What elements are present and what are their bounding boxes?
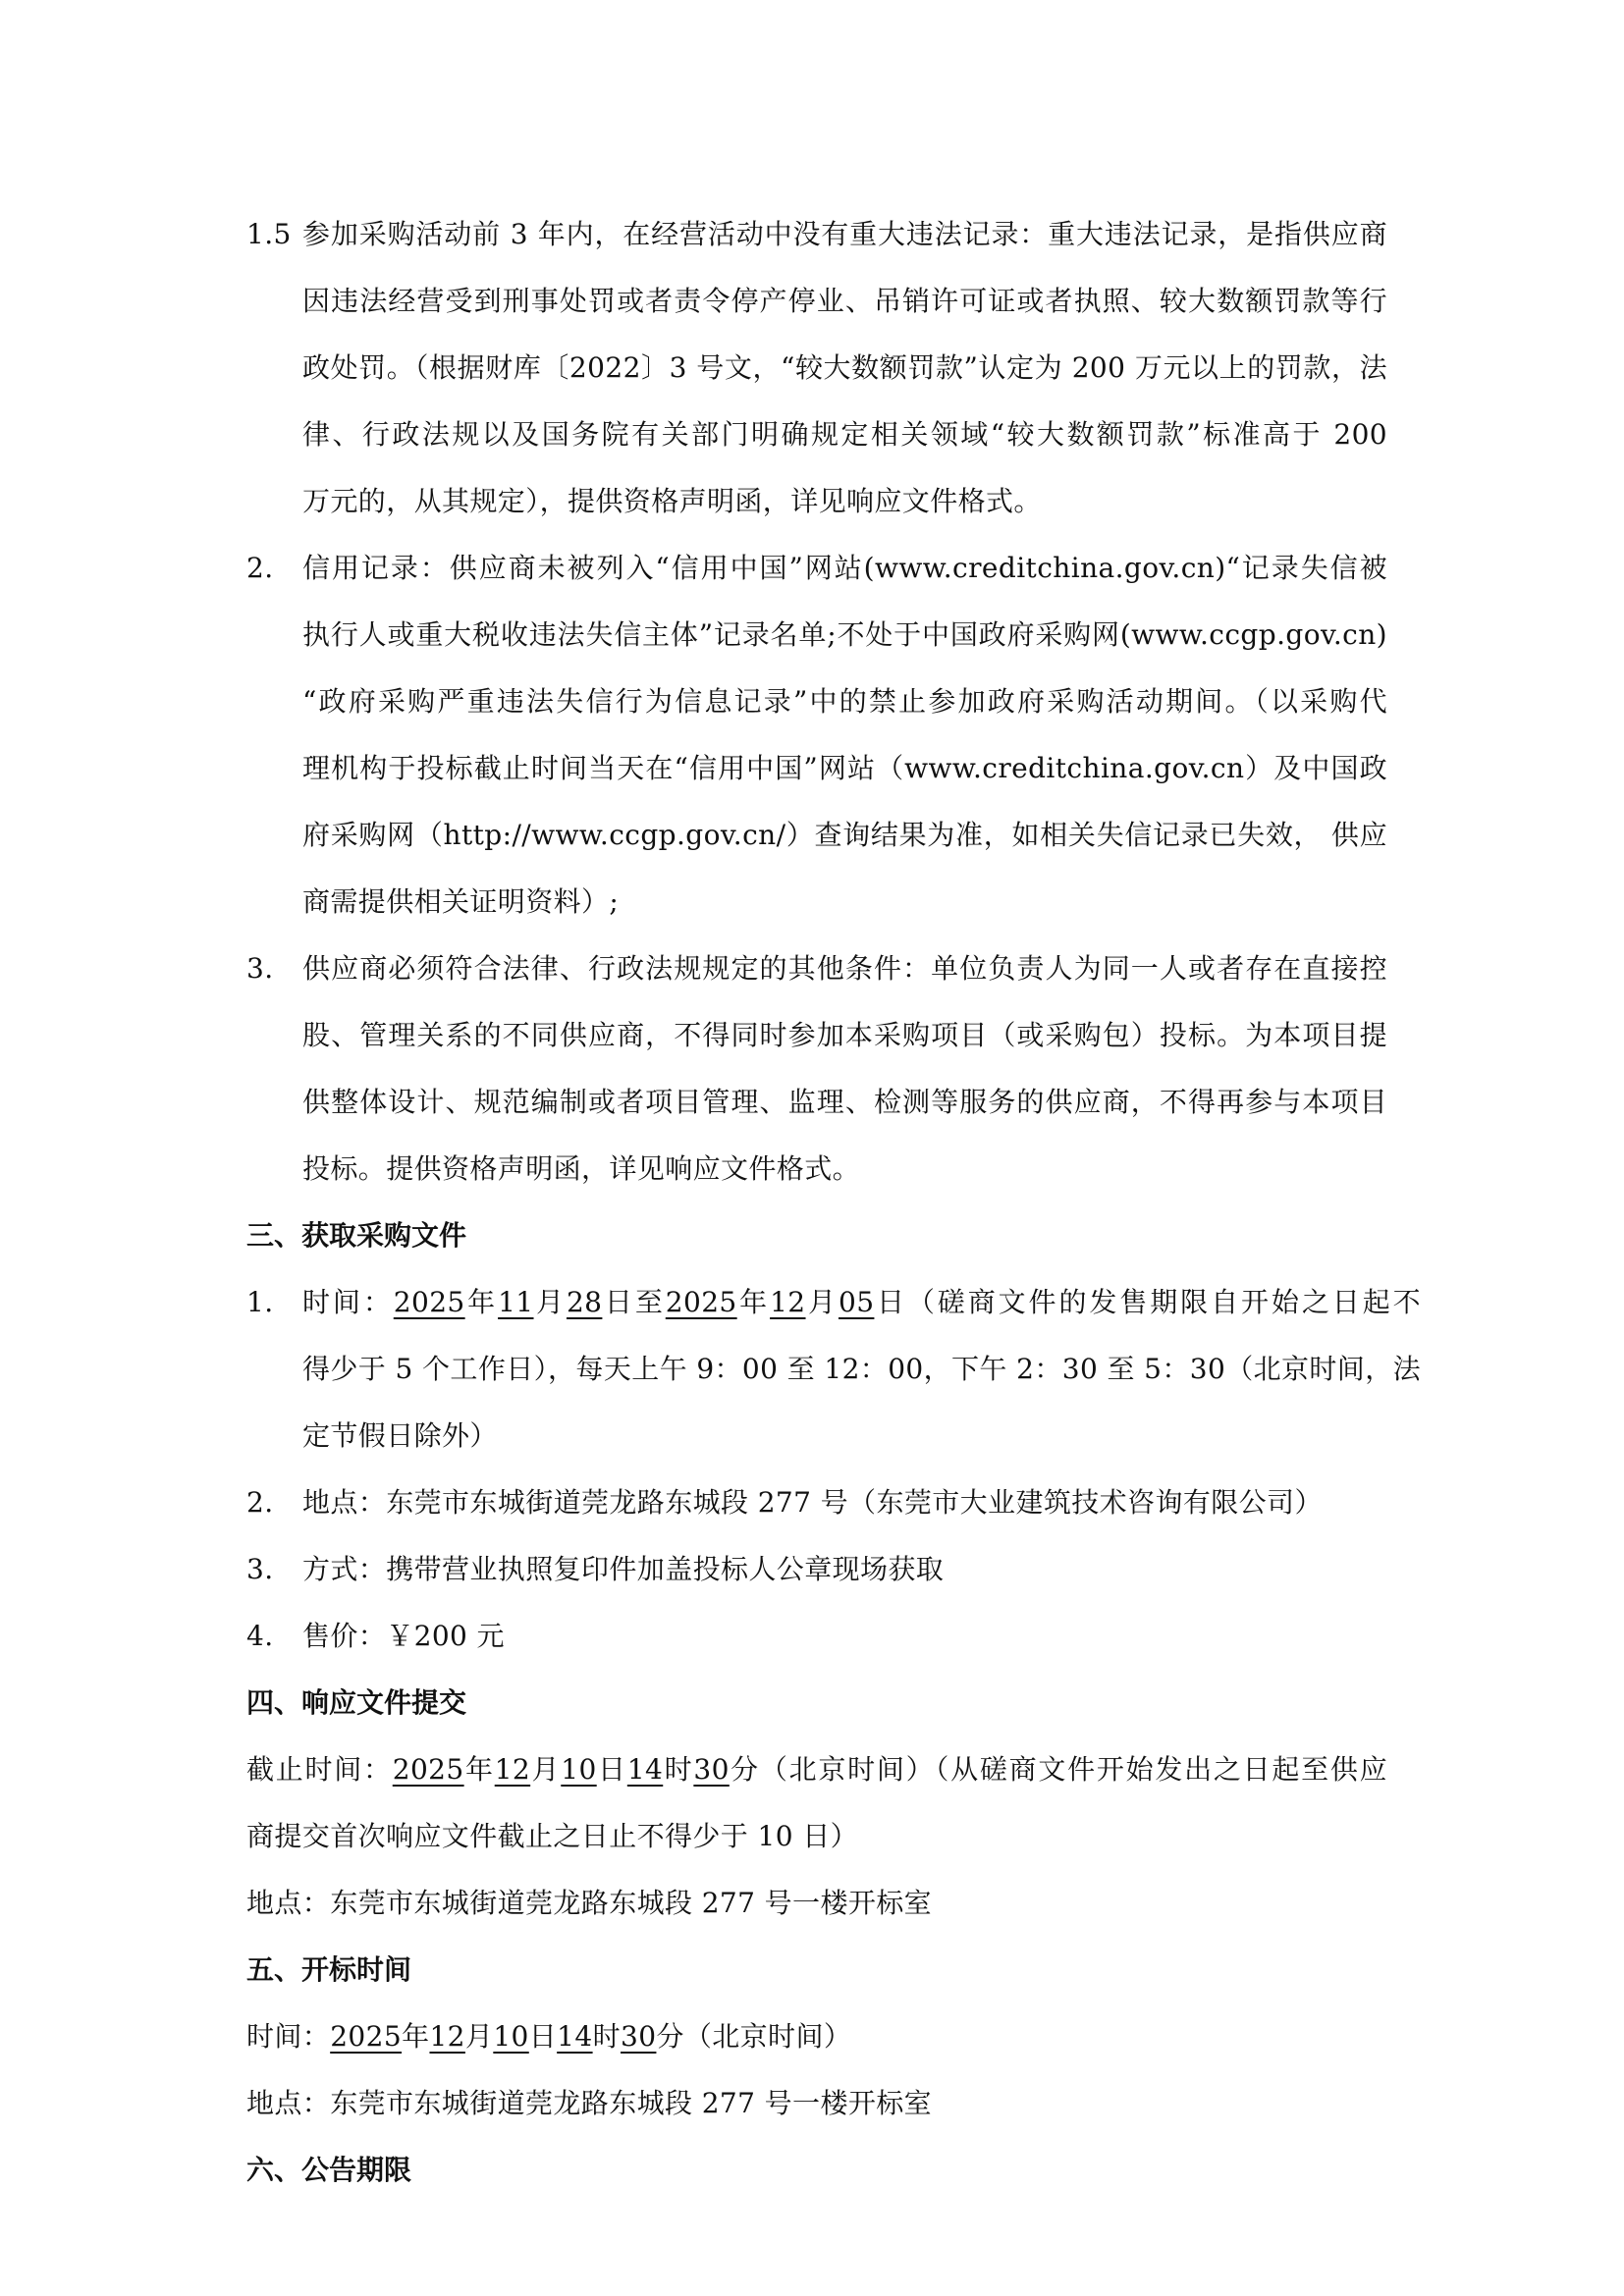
- text-line: 股、管理关系的不同供应商，不得同时参加本采购项目（或采购包）投标。为本项目提: [302, 1002, 1387, 1069]
- suffix: 月: [530, 1753, 561, 1786]
- suffix: 分: [656, 2020, 683, 2053]
- text-line: 地点：东莞市东城街道莞龙路东城段 277 号（东莞市大业建筑技术咨询有限公司）: [302, 1469, 1387, 1536]
- text-line: 时间：2025年12月10日14时30分（北京时间）: [246, 2003, 1387, 2070]
- deadline-day: 10: [561, 1753, 596, 1786]
- text-line: 执行人或重大税收违法失信主体”记录名单;不处于中国政府采购网(www.ccgp.…: [302, 602, 1387, 668]
- obtain-item-time: 1. 时间：2025年11月28日至2025年12月05日（磋商文件的发售期限自…: [246, 1269, 1387, 1469]
- text-tail: （磋商文件的发售期限自开始之日起不: [907, 1286, 1421, 1318]
- clause-number: 3.: [246, 935, 302, 1002]
- opening-minute: 30: [621, 2020, 656, 2053]
- text-line: 定节假日除外）: [302, 1403, 1421, 1469]
- document-page: 1.5 参加采购活动前 3 年内，在经营活动中没有重大违法记录：重大违法记录，是…: [0, 0, 1624, 2296]
- section-heading-obtain-documents: 三、获取采购文件: [246, 1202, 1387, 1269]
- clause-body: 参加采购活动前 3 年内，在经营活动中没有重大违法记录：重大违法记录，是指供应商…: [302, 201, 1387, 535]
- item-number: 3.: [246, 1536, 302, 1603]
- suffix: 时: [593, 2020, 621, 2053]
- obtain-item-location: 2. 地点：东莞市东城街道莞龙路东城段 277 号（东莞市大业建筑技术咨询有限公…: [246, 1469, 1387, 1536]
- item-number: 4.: [246, 1603, 302, 1670]
- text-line: 地点：东莞市东城街道莞龙路东城段 277 号一楼开标室: [246, 1870, 1387, 1937]
- item-body: 地点：东莞市东城街道莞龙路东城段 277 号（东莞市大业建筑技术咨询有限公司）: [302, 1469, 1387, 1536]
- clause-3-other-conditions: 3. 供应商必须符合法律、行政法规规定的其他条件：单位负责人为同一人或者存在直接…: [246, 935, 1387, 1202]
- text-line: “政府采购严重违法失信行为信息记录”中的禁止参加政府采购活动期间。（以采购代: [302, 668, 1387, 735]
- item-number: 1.: [246, 1269, 302, 1336]
- opening-day: 10: [493, 2020, 528, 2053]
- deadline-month: 12: [495, 1753, 530, 1786]
- deadline-hour: 14: [627, 1753, 663, 1786]
- suffix: 年: [465, 1286, 498, 1318]
- clause-1-5: 1.5 参加采购活动前 3 年内，在经营活动中没有重大违法记录：重大违法记录，是…: [246, 201, 1387, 535]
- end-year: 2025: [666, 1286, 737, 1318]
- suffix: 日: [597, 1753, 627, 1786]
- suffix: 分: [730, 1753, 760, 1786]
- suffix: 时: [663, 1753, 693, 1786]
- start-year: 2025: [394, 1286, 465, 1318]
- submission-block: 截止时间：2025年12月10日14时30分（北京时间）（从磋商文件开始发出之日…: [246, 1736, 1387, 1937]
- text-line: 商提交首次响应文件截止之日止不得少于 10 日）: [246, 1803, 1387, 1870]
- end-month: 12: [770, 1286, 805, 1318]
- suffix: 年: [464, 1753, 495, 1786]
- text-line: 因违法经营受到刑事处罚或者责令停产停业、吊销许可证或者执照、较大数额罚款等行: [302, 268, 1387, 335]
- text-line: 时间：2025年11月28日至2025年12月05日（磋商文件的发售期限自开始之…: [302, 1269, 1421, 1336]
- section-heading-submission: 四、响应文件提交: [246, 1670, 1387, 1736]
- text-line: 理机构于投标截止时间当天在“信用中国”网站（www.creditchina.go…: [302, 735, 1387, 802]
- opening-hour: 14: [557, 2020, 592, 2053]
- text-line: 投标。提供资格声明函，详见响应文件格式。: [302, 1136, 1387, 1202]
- suffix: 年: [402, 2020, 429, 2053]
- start-month: 11: [498, 1286, 533, 1318]
- section-heading-opening-time: 五、开标时间: [246, 1937, 1387, 2003]
- label: 时间：: [246, 2020, 330, 2053]
- clause-2-credit-record: 2. 信用记录：供应商未被列入“信用中国”网站(www.creditchina.…: [246, 535, 1387, 935]
- text-line: 信用记录：供应商未被列入“信用中国”网站(www.creditchina.gov…: [302, 535, 1387, 602]
- clause-number: 2.: [246, 535, 302, 602]
- text-tail: （北京时间）（从磋商文件开始发出之日起至供应: [760, 1753, 1387, 1786]
- obtain-item-method: 3. 方式：携带营业执照复印件加盖投标人公章现场获取: [246, 1536, 1387, 1603]
- clause-number: 1.5: [246, 201, 302, 268]
- text-line: 律、行政法规以及国务院有关部门明确规定相关领域“较大数额罚款”标准高于 200: [302, 401, 1387, 468]
- suffix: 日: [529, 2020, 557, 2053]
- clause-body: 信用记录：供应商未被列入“信用中国”网站(www.creditchina.gov…: [302, 535, 1387, 935]
- deadline-year: 2025: [393, 1753, 464, 1786]
- item-body: 时间：2025年11月28日至2025年12月05日（磋商文件的发售期限自开始之…: [302, 1269, 1421, 1469]
- document-content: 1.5 参加采购活动前 3 年内，在经营活动中没有重大违法记录：重大违法记录，是…: [246, 201, 1387, 2204]
- label: 时间：: [302, 1286, 394, 1318]
- text-line: 供应商必须符合法律、行政法规规定的其他条件：单位负责人为同一人或者存在直接控: [302, 935, 1387, 1002]
- text-line: 方式：携带营业执照复印件加盖投标人公章现场获取: [302, 1536, 1387, 1603]
- text-line: 参加采购活动前 3 年内，在经营活动中没有重大违法记录：重大违法记录，是指供应商: [302, 201, 1387, 268]
- opening-year: 2025: [330, 2020, 402, 2053]
- obtain-item-price: 4. 售价：￥200 元: [246, 1603, 1387, 1670]
- text-tail: （北京时间）: [684, 2020, 851, 2053]
- item-body: 方式：携带营业执照复印件加盖投标人公章现场获取: [302, 1536, 1387, 1603]
- suffix: 月: [534, 1286, 567, 1318]
- suffix: 月: [465, 2020, 493, 2053]
- text-line: 售价：￥200 元: [302, 1603, 1387, 1670]
- start-day: 28: [567, 1286, 602, 1318]
- item-body: 售价：￥200 元: [302, 1603, 1387, 1670]
- text-line: 万元的，从其规定），提供资格声明函，详见响应文件格式。: [302, 468, 1387, 535]
- text-line: 商需提供相关证明资料）;: [302, 869, 1387, 935]
- label: 截止时间：: [246, 1753, 393, 1786]
- end-day: 05: [839, 1286, 874, 1318]
- text-line: 截止时间：2025年12月10日14时30分（北京时间）（从磋商文件开始发出之日…: [246, 1736, 1387, 1803]
- suffix: 年: [737, 1286, 770, 1318]
- section-heading-notice-period: 六、公告期限: [246, 2137, 1387, 2204]
- suffix: 月: [806, 1286, 839, 1318]
- deadline-minute: 30: [693, 1753, 729, 1786]
- opening-month: 12: [429, 2020, 464, 2053]
- text-line: 政处罚。（根据财库〔2022〕3 号文，“较大数额罚款”认定为 200 万元以上…: [302, 335, 1387, 401]
- suffix: 日: [874, 1286, 906, 1318]
- clause-body: 供应商必须符合法律、行政法规规定的其他条件：单位负责人为同一人或者存在直接控 股…: [302, 935, 1387, 1202]
- opening-block: 时间：2025年12月10日14时30分（北京时间） 地点：东莞市东城街道莞龙路…: [246, 2003, 1387, 2137]
- text-line: 供整体设计、规范编制或者项目管理、监理、检测等服务的供应商，不得再参与本项目: [302, 1069, 1387, 1136]
- text-line: 得少于 5 个工作日），每天上午 9：00 至 12：00，下午 2：30 至 …: [302, 1336, 1421, 1403]
- text-line: 府采购网（http://www.ccgp.gov.cn/）查询结果为准，如相关失…: [302, 802, 1387, 869]
- item-number: 2.: [246, 1469, 302, 1536]
- text-line: 地点：东莞市东城街道莞龙路东城段 277 号一楼开标室: [246, 2070, 1387, 2137]
- suffix: 日至: [602, 1286, 665, 1318]
